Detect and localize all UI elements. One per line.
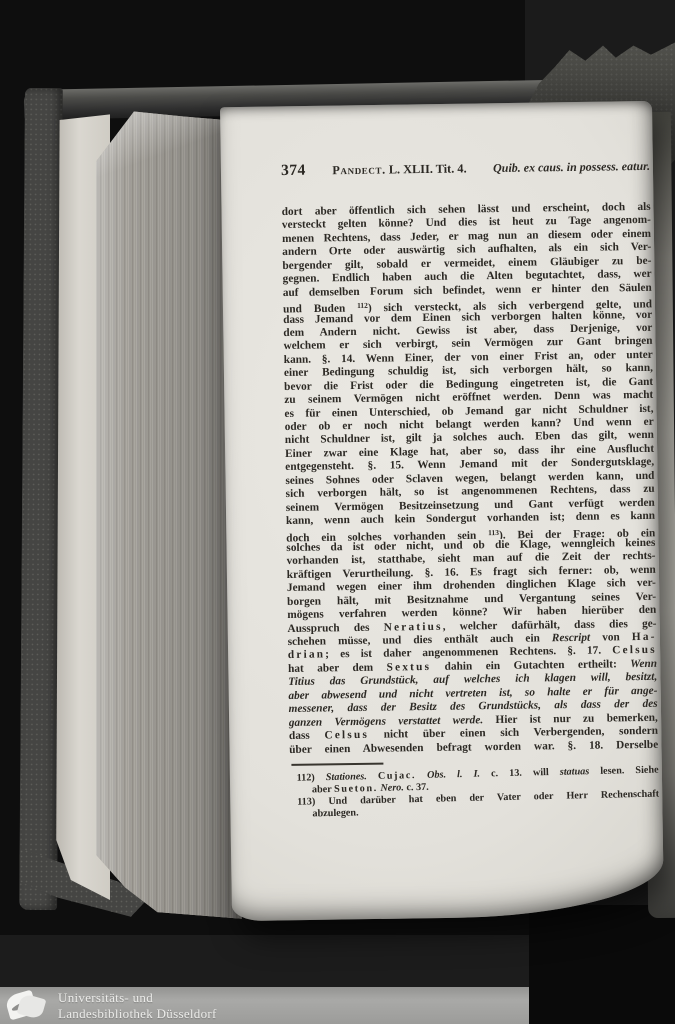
background-bottom-right-board [529, 905, 675, 1024]
page-header: 374 Pandect. L. XLII. Tit. 4. Quib. ex c… [281, 157, 650, 182]
library-name: Universitäts- und Landesbibliothek Düsse… [58, 990, 217, 1021]
body-text: dort aber öffentlich sich sehen lässt un… [282, 201, 659, 757]
book-cover-left-board [19, 88, 63, 910]
page-text-block: 374 Pandect. L. XLII. Tit. 4. Quib. ex c… [281, 157, 659, 821]
running-title: Pandect. L. XLII. Tit. 4. [332, 159, 467, 179]
library-name-line1: Universitäts- und [58, 990, 217, 1006]
footnote-separator-rule [291, 763, 383, 766]
background-bottom-left-board [0, 935, 529, 988]
library-name-line2: Landesbibliothek Düsseldorf [58, 1006, 217, 1022]
footnotes: 112) Stationes. Cujac. Obs. l. I. c. 13.… [290, 765, 660, 822]
book-page-stack-fore-edge [96, 100, 242, 922]
book-scan-photo: 374 Pandect. L. XLII. Tit. 4. Quib. ex c… [0, 0, 675, 1024]
page-number: 374 [281, 162, 306, 180]
running-title-latin: Quib. ex caus. in possess. eatur. [493, 157, 650, 177]
library-watermark-bar: Universitäts- und Landesbibliothek Düsse… [0, 987, 529, 1024]
ulb-duesseldorf-logo-icon [4, 989, 48, 1023]
